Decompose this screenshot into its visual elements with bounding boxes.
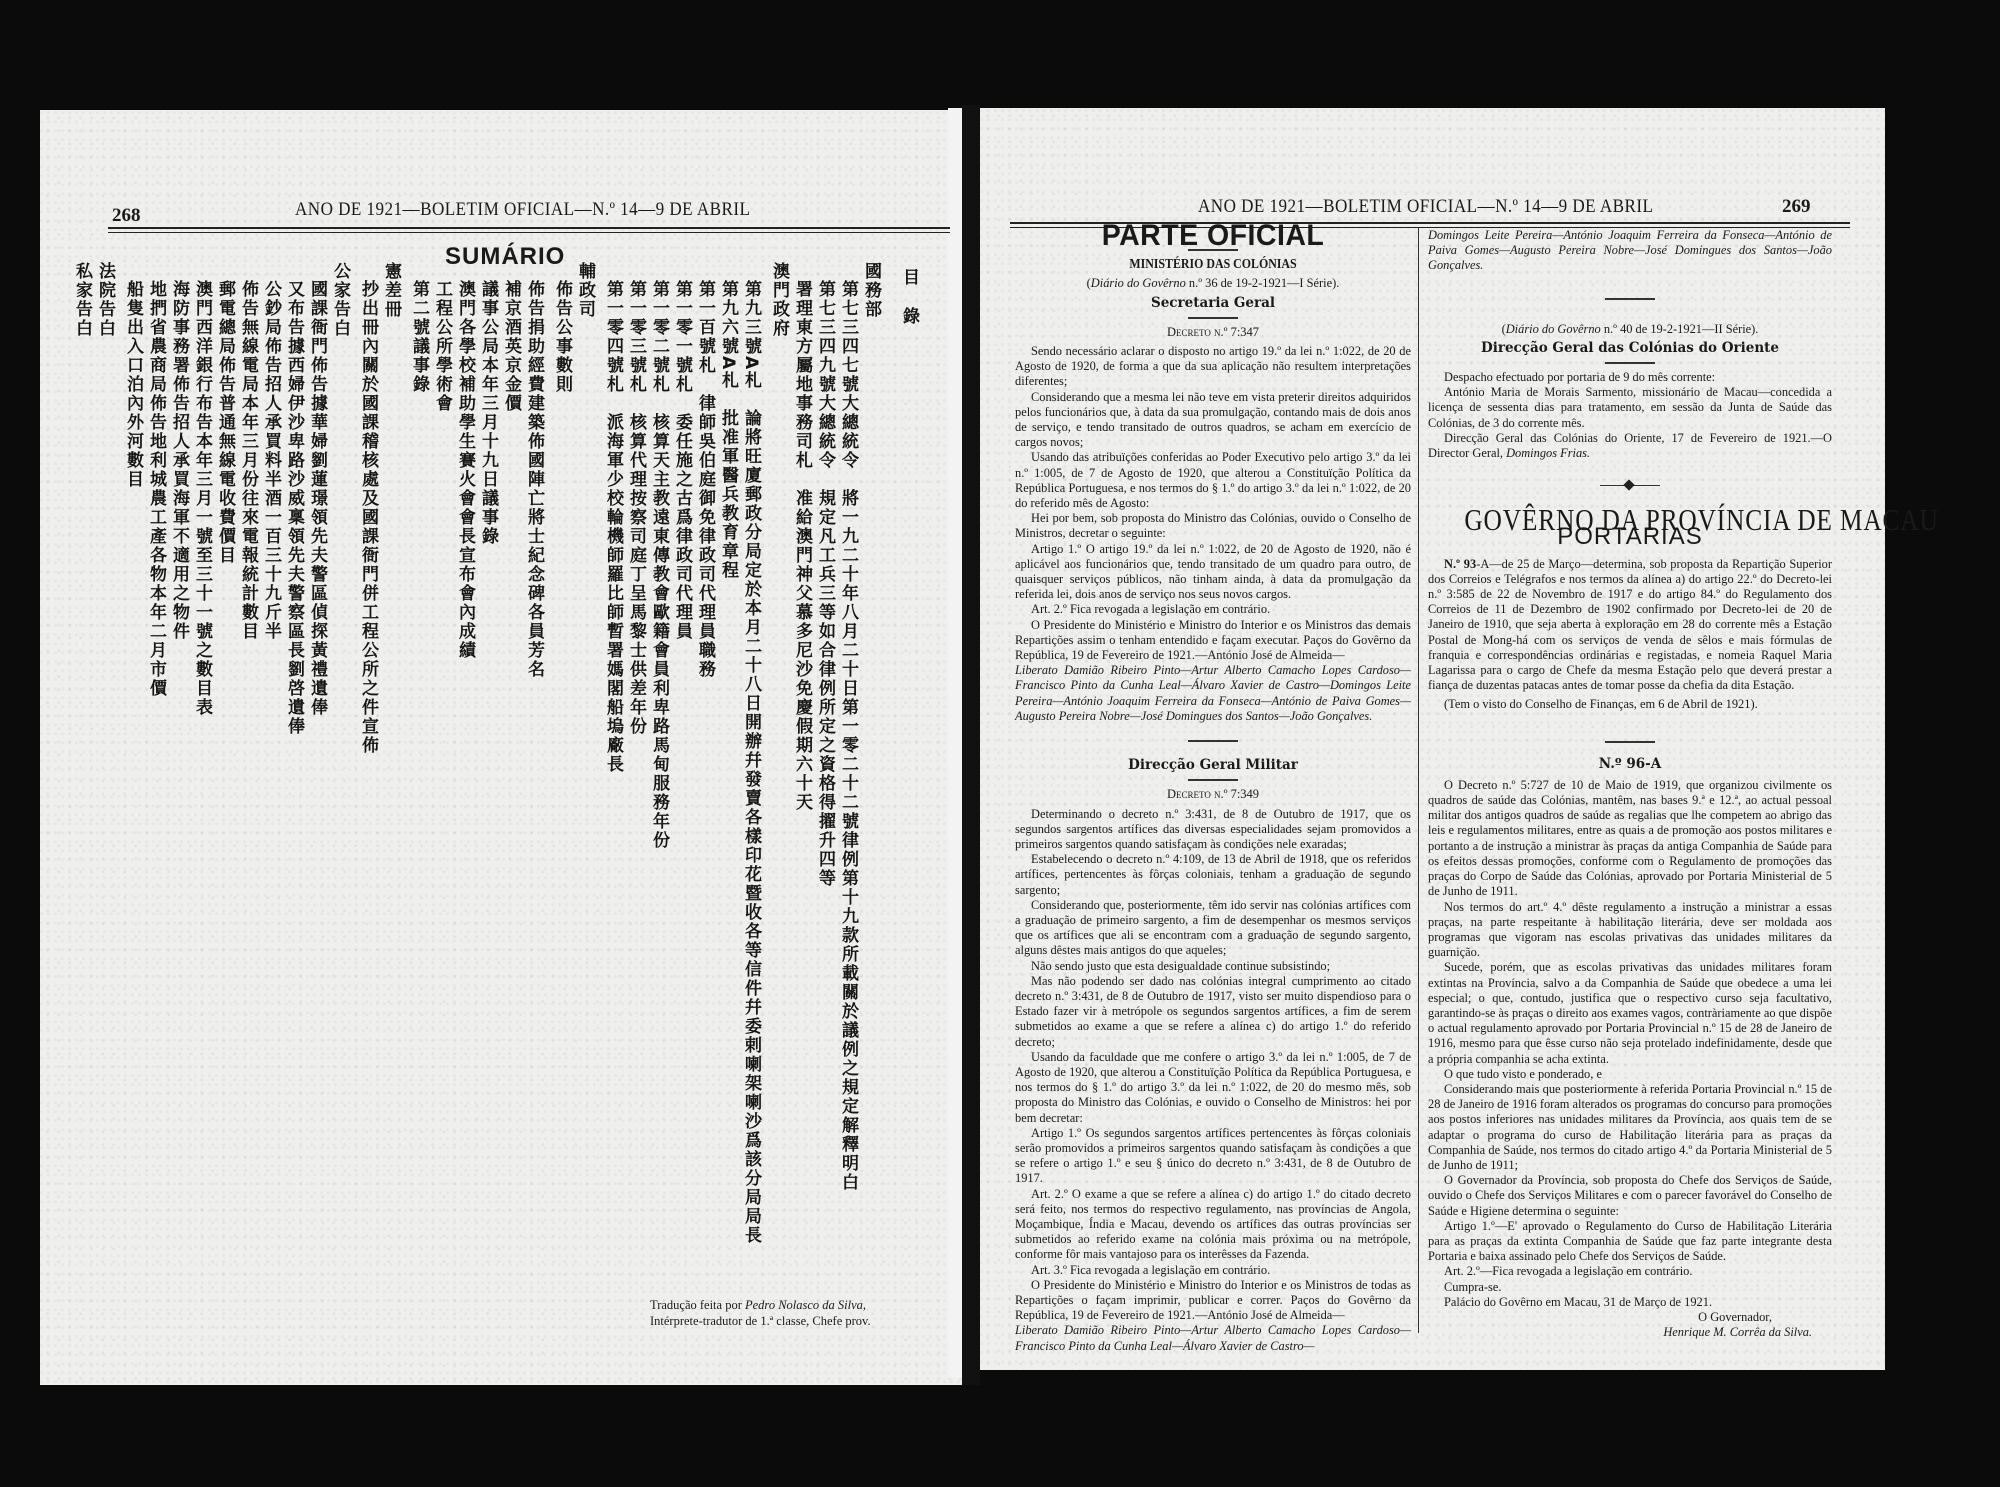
toc-entry: 第九六號A札 批准軍醫兵教育章程 xyxy=(717,280,739,580)
toc-entry: 佈告公事數則 xyxy=(551,280,573,394)
short-rule xyxy=(1605,362,1655,364)
toc-entry: 公鈔局佈告招人承買料半酒一百三十九斤半 xyxy=(260,280,282,641)
toc-entry: 澳門政府 xyxy=(768,262,790,338)
paragraph: Nos termos do art.º 4.º dêste regulament… xyxy=(1428,900,1832,961)
translator-title: Intérprete-tradutor de 1.ª classe, Chefe… xyxy=(650,1313,871,1329)
toc-entry: 私家告白 xyxy=(71,262,93,338)
decreto-7347-body: Sendo necessário aclarar o disposto no a… xyxy=(1015,344,1411,663)
paragraph: Usando da faculdade que me confere o art… xyxy=(1015,1050,1411,1126)
toc-entry: 輔政司 xyxy=(574,262,596,319)
toc-entry: 第一零一號札 委任施之古爲律政司代理員 xyxy=(671,280,693,641)
decreto-7349-title: Decreto n.º 7:349 xyxy=(1015,787,1411,802)
secretaria-heading: Secretaria Geral xyxy=(1015,296,1411,311)
paragraph: Usando das atribuïções conferidas ao Pod… xyxy=(1015,450,1411,511)
toc-entry: 佈告捐助經費建築佈國陣亡將士紀念碑各員芳名 xyxy=(523,280,545,679)
diario-ref-rest: n.º 40 de 19-2-1921—II Série). xyxy=(1601,322,1759,336)
paragraph: Art. 2.º—Fica revogada a legislação em c… xyxy=(1428,1264,1832,1279)
paragraph: Cumpra-se. xyxy=(1428,1280,1832,1295)
book-spine xyxy=(962,105,980,1395)
parte-oficial-heading: PARTE OFICIAL xyxy=(1025,228,1401,243)
paragraph: O Governador da Província, sob proposta … xyxy=(1428,1173,1832,1219)
decreto-7347-title: Decreto n.º 7:347 xyxy=(1015,325,1411,340)
toc-entry: 第七三四七號大總統令 將一九二十年八月二十日第一零二十二號律例第十九款所載關於議… xyxy=(837,280,859,1192)
translator-name: Pedro Nolasco da Silva, xyxy=(745,1298,866,1312)
diario-reference-2: (Diário do Govêrno n.º 40 de 19-2-1921—I… xyxy=(1428,322,1832,337)
toc-entry: 郵電總局佈告普通無線電收費價目 xyxy=(214,280,236,565)
toc-entry: 船隻出入口泊內外河數目 xyxy=(122,280,144,489)
toc-entry: 工程公所學術會 xyxy=(431,280,453,413)
paragraph: Sucede, porém, que as escolas privativas… xyxy=(1428,960,1832,1066)
paragraph: O Decreto n.º 5:727 de 10 de Maio de 191… xyxy=(1428,778,1832,900)
portaria-96-body: O Decreto n.º 5:727 de 10 de Maio de 191… xyxy=(1428,778,1832,1310)
toc-entry: 澳門西洋銀行布告本年三月一號至三十一號之數目表 xyxy=(191,280,213,717)
signatories-continued: Domingos Leite Pereira—António Joaquim F… xyxy=(1428,228,1832,274)
paragraph: O Presidente do Ministério e Ministro do… xyxy=(1015,1278,1411,1324)
column-divider xyxy=(1418,228,1419,1333)
toc-entry: 公家告白 xyxy=(329,262,351,338)
paragraph: Palácio do Govêrno em Macau, 31 de Março… xyxy=(1428,1295,1832,1310)
paragraph: Não sendo justo que esta desigualdade co… xyxy=(1015,959,1411,974)
despacho-closing-text: Direcção Geral das Colónias do Oriente, … xyxy=(1428,431,1832,460)
paragraph: Considerando que a mesma lei não teve em… xyxy=(1015,390,1411,451)
toc-entry: 國務部 xyxy=(860,262,882,319)
toc-entry: 補京酒英京金價 xyxy=(500,280,522,413)
ministerio-heading: MINISTÉRIO DAS COLÓNIAS xyxy=(1045,257,1382,272)
despacho-closing: Direcção Geral das Colónias do Oriente, … xyxy=(1428,431,1832,461)
toc-entry: 國課衙門佈告據華婦劉蓮璟領先夫警區偵探黃禮遺俸 xyxy=(306,280,328,717)
portaria-93-text: -A—de 25 de Março—determina, sob propost… xyxy=(1428,557,1832,693)
despacho-signer: Domingos Frias. xyxy=(1506,446,1590,460)
portaria-93-number: N.º 93 xyxy=(1444,557,1476,571)
paragraph: Considerando que, posteriormente, têm id… xyxy=(1015,898,1411,959)
scan-bottom-edge xyxy=(0,1385,2000,1487)
paragraph: Hei por bem, sob proposta do Ministro da… xyxy=(1015,511,1411,541)
diario-title: Diário do Govêrno xyxy=(1091,276,1186,290)
diario-title: Diário do Govêrno xyxy=(1506,322,1601,336)
paragraph: Determinando o decreto n.º 3:431, de 8 d… xyxy=(1015,807,1411,853)
toc-heading: 目錄 xyxy=(898,268,920,346)
governo-macau-heading: GOVÊRNO DA PROVÍNCIA DE MACAU xyxy=(1464,512,1795,527)
left-header-rule xyxy=(108,227,950,233)
toc-entry: 海防事務署佈告招人承買海軍不適用之物件 xyxy=(168,280,190,641)
right-running-head: ANO DE 1921—BOLETIM OFICIAL—N.º 14—9 DE … xyxy=(1198,196,1653,218)
paragraph: Artigo 1.º Os segundos sargentos artífic… xyxy=(1015,1126,1411,1187)
toc-entry: 議事公局本年三月十九日議事錄 xyxy=(477,280,499,546)
toc-entry: 法院告白 xyxy=(94,262,116,338)
ornamental-rule xyxy=(1600,485,1660,486)
paragraph: Art. 2.º Fica revogada a legislação em c… xyxy=(1015,602,1411,617)
toc-entry: 署理東方屬地事務司札 准給澳門神父慕多尼沙免慶假期六十天 xyxy=(791,280,813,812)
short-rule xyxy=(1605,741,1655,743)
despacho-intro: Despacho efectuado por portaria de 9 do … xyxy=(1428,370,1832,385)
paragraph: Artigo 1.º—E' aprovado o Regulamento do … xyxy=(1428,1219,1832,1265)
portaria-96-title: N.º 96-A xyxy=(1428,757,1832,772)
portaria-93-visto: (Tem o visto do Conselho de Finanças, em… xyxy=(1428,697,1832,712)
toc-entry: 第一零二號札 核算天主教遠東傳教會歐籍會員利卑路馬甸服務年份 xyxy=(648,280,670,850)
left-running-head: ANO DE 1921—BOLETIM OFICIAL—N.º 14—9 DE … xyxy=(295,199,750,221)
right-page-number: 269 xyxy=(1782,196,1811,218)
toc-entry: 第七三四九號大總統令 規定凡工兵三等如合律例所定之資格得擢升四等 xyxy=(814,280,836,888)
column-2: Domingos Leite Pereira—António Joaquim F… xyxy=(1428,228,1832,1340)
paragraph: Sendo necessário aclarar o disposto no a… xyxy=(1015,344,1411,390)
toc-entry: 抄出冊內關於國課稽核處及國課衙門併工程公所之件宣佈 xyxy=(357,280,379,755)
paragraph: Mas não podendo ser dado nas colónias in… xyxy=(1015,974,1411,1050)
short-rule xyxy=(1188,779,1238,781)
paragraph: Art. 2.º O exame a que se refere a alíne… xyxy=(1015,1187,1411,1263)
diario-ref-rest: n.º 36 de 19-2-1921—I Série). xyxy=(1186,276,1340,290)
signature-role: O Governador, xyxy=(1428,1310,1772,1325)
decreto-7349-signatories: Liberato Damião Ribeiro Pinto—Artur Albe… xyxy=(1015,1323,1411,1353)
paragraph: Estabelecendo o decreto n.º 4:109, de 13… xyxy=(1015,852,1411,898)
direcao-oriente-heading: Direcção Geral das Colónias do Oriente xyxy=(1428,341,1832,356)
short-rule xyxy=(1188,317,1238,319)
paragraph: Considerando mais que posteriormente à r… xyxy=(1428,1082,1832,1173)
paragraph: Art. 3.º Fica revogada a legislação em c… xyxy=(1015,1263,1411,1278)
toc-entry: 第一零三號札 核算代理按察司庭丁呈馬黎士供差年份 xyxy=(625,280,647,736)
left-page-number: 268 xyxy=(112,205,141,227)
paragraph: Artigo 1.º O artigo 19.º da lei n.º 1:02… xyxy=(1015,542,1411,603)
decreto-7347-signatories: Liberato Damião Ribeiro Pinto—Artur Albe… xyxy=(1015,663,1411,724)
toc-entry: 第一零四號札 派海軍少校輪機師羅比師暫署媽閣船塢廠長 xyxy=(602,280,624,774)
toc-entry: 又布告據西婦伊沙卑路沙威稟領先夫警察區長劉啓遺俸 xyxy=(283,280,305,736)
toc-entry: 第二號議事錄 xyxy=(408,280,430,394)
paragraph: O que tudo visto e ponderado, e xyxy=(1428,1067,1832,1082)
diario-reference: (Diário do Govêrno n.º 36 de 19-2-1921—I… xyxy=(1015,276,1411,291)
despacho-text: António Maria de Morais Sarmento, missio… xyxy=(1428,385,1832,431)
toc-entry: 地捫省農商局佈告地利城農工產各物本年二月市價 xyxy=(145,280,167,698)
short-rule xyxy=(1188,740,1238,742)
toc-entry: 第九三號A札 論將旺廈郵政分局定於本月二十八日開辦幷發賣各樣印花暨收各等信件幷委… xyxy=(740,280,762,1245)
toc-entry: 佈告無線電局本年三月份往來電報統計數目 xyxy=(237,280,259,641)
toc-entry: 澳門各學校補助學生賽火會會長宣布會內成績 xyxy=(454,280,476,660)
sumario-title: SUMÁRIO xyxy=(445,243,565,271)
column-1: PARTE OFICIAL MINISTÉRIO DAS COLÓNIAS (D… xyxy=(1015,228,1411,1354)
toc-entry: 憲差冊 xyxy=(380,262,402,319)
signature-name: Henrique M. Corrêa da Silva. xyxy=(1428,1325,1812,1340)
decreto-7349-body: Determinando o decreto n.º 3:431, de 8 d… xyxy=(1015,807,1411,1324)
translator-credit: Tradução feita por Pedro Nolasco da Silv… xyxy=(650,1297,871,1329)
portaria-93-a: N.º 93-A—de 25 de Março—determina, sob p… xyxy=(1428,557,1832,694)
short-rule xyxy=(1605,298,1655,300)
translator-prefix: Tradução feita por xyxy=(650,1298,745,1312)
direcao-militar-heading: Direcção Geral Militar xyxy=(1015,758,1411,773)
paragraph: O Presidente do Ministério e Ministro do… xyxy=(1015,618,1411,664)
toc-entry: 第一百號札 律師吳伯庭御免律政司代理員職務 xyxy=(694,280,716,679)
